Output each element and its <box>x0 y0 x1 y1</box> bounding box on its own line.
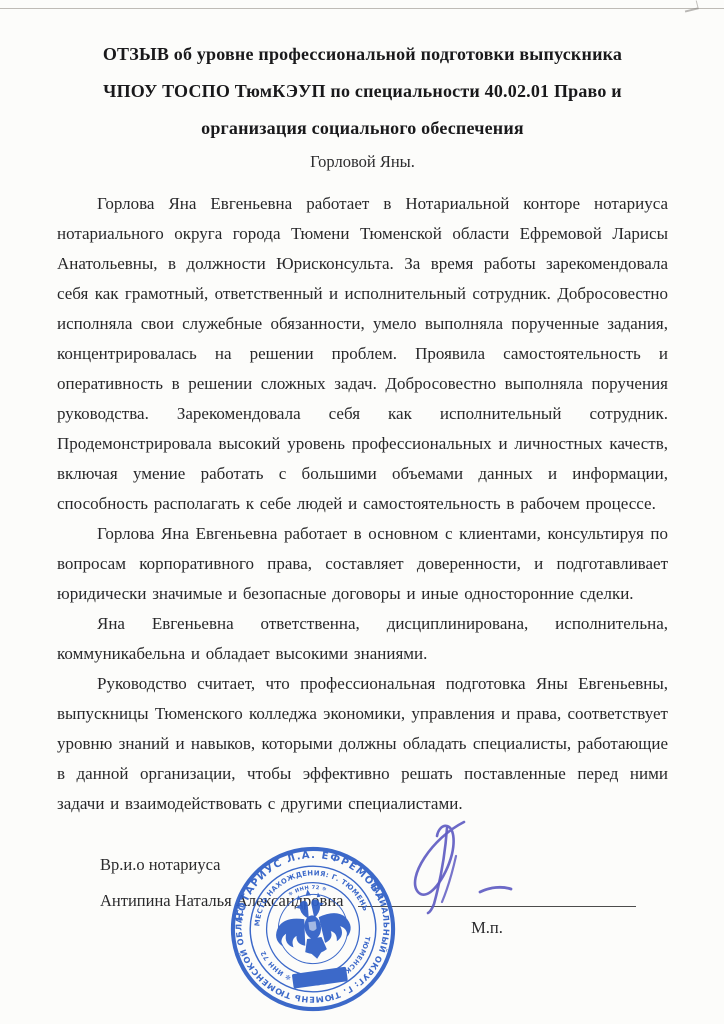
seal-place-mark: М.п. <box>432 918 542 938</box>
double-headed-eagle-icon <box>270 884 354 964</box>
notary-stamp: НОТАРИУС Л.А. ЕФРЕМОВА НОТАРИАЛЬНЫЙ ОКРУ… <box>222 838 404 1020</box>
scan-corner-artifact <box>683 0 699 12</box>
title-line-2: ЧПОУ ТОСПО ТюмКЭУП по специальности 40.0… <box>57 73 668 110</box>
paragraph-4: Руководство считает, что профессиональна… <box>57 669 668 819</box>
scan-edge-line <box>0 8 724 9</box>
document-body: Горлова Яна Евгеньевна работает в Нотари… <box>57 189 668 819</box>
recipient-name: Горловой Яны. <box>57 147 668 177</box>
paragraph-2: Горлова Яна Евгеньевна работает в основн… <box>57 519 668 609</box>
signatory-role: Вр.и.о нотариуса <box>100 855 221 875</box>
document-content: ОТЗЫВ об уровне профессиональной подгото… <box>57 36 668 819</box>
document-title: ОТЗЫВ об уровне профессиональной подгото… <box>57 36 668 147</box>
title-line-3: организация социального обеспечения <box>57 110 668 147</box>
paragraph-3: Яна Евгеньевна ответственна, дисциплинир… <box>57 609 668 669</box>
title-line-1: ОТЗЫВ об уровне профессиональной подгото… <box>57 36 668 73</box>
scanned-document-page: ОТЗЫВ об уровне профессиональной подгото… <box>0 0 724 1024</box>
paragraph-1: Горлова Яна Евгеньевна работает в Нотари… <box>57 189 668 519</box>
